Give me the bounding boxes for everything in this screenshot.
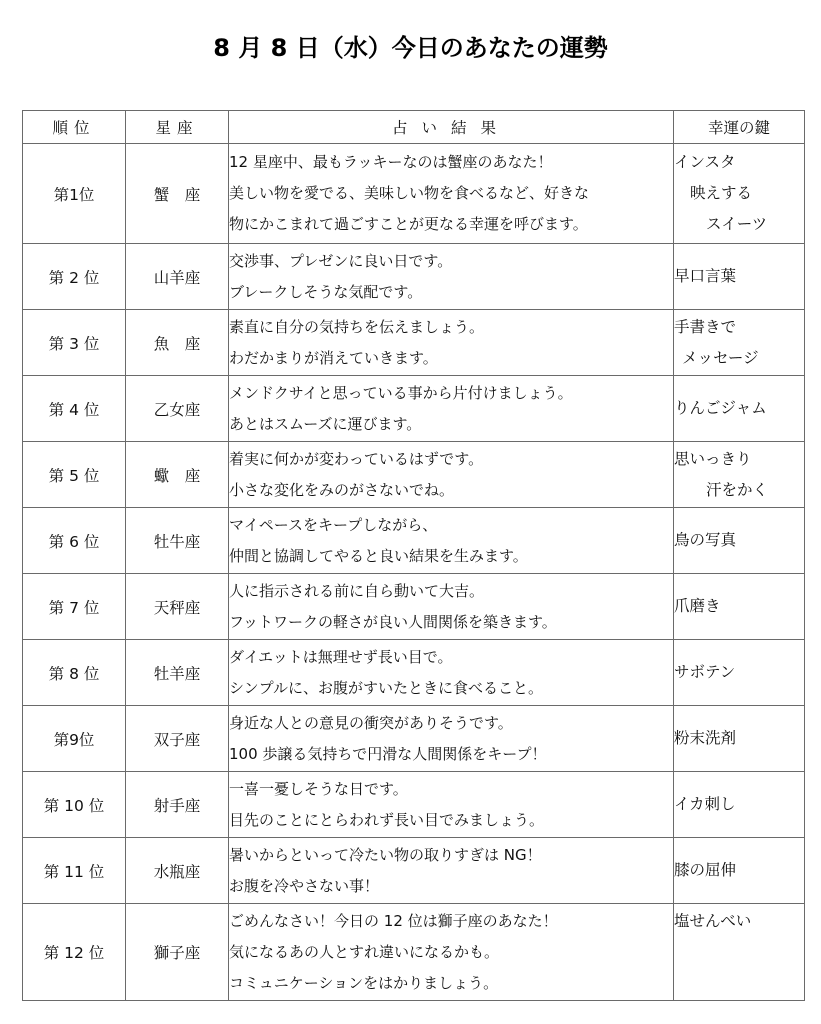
header-lucky-key: 幸運の鍵 xyxy=(674,111,805,144)
table-row: 第 5 位 蠍 座 着実に何かが変わっているはずです。 小さな変化をみのがさない… xyxy=(23,442,805,508)
lucky-key-line: 思いっきり xyxy=(674,444,804,475)
result-line: 人に指示される前に自ら動いて大吉。 xyxy=(229,576,673,607)
result-line: 素直に自分の気持ちを伝えましょう。 xyxy=(229,312,673,343)
result-line: 小さな変化をみのがさないでね。 xyxy=(229,475,673,506)
result-line: マイペースをキープしながら、 xyxy=(229,510,673,541)
result-cell: ごめんなさい！今日の 12 位は獅子座のあなた！ 気になるあの人とすれ違いになる… xyxy=(229,904,674,1001)
lucky-key-cell: 鳥の写真 xyxy=(674,508,805,574)
fortune-table: 順位 星座 占い結果 幸運の鍵 第1位 蟹 座 12 星座中、最もラッキーなのは… xyxy=(22,110,805,1001)
result-line: 目先のことにとらわれず長い目でみましょう。 xyxy=(229,805,673,836)
table-row: 第1位 蟹 座 12 星座中、最もラッキーなのは蟹座のあなた！ 美しい物を愛でる… xyxy=(23,144,805,244)
sign-cell: 蠍 座 xyxy=(126,442,229,508)
lucky-key-line: 手書きで xyxy=(674,312,804,343)
table-row: 第 3 位 魚 座 素直に自分の気持ちを伝えましょう。 わだかまりが消えていきま… xyxy=(23,310,805,376)
result-line: 気になるあの人とすれ違いになるかも。 xyxy=(229,937,673,968)
result-line: 12 星座中、最もラッキーなのは蟹座のあなた！ xyxy=(229,147,673,178)
lucky-key-line: 汗をかく xyxy=(674,475,804,506)
rank-cell: 第 4 位 xyxy=(23,376,126,442)
result-line: ダイエットは無理せず長い目で。 xyxy=(229,642,673,673)
lucky-key-cell: サボテン xyxy=(674,640,805,706)
result-line: 交渉事、プレゼンに良い日です。 xyxy=(229,246,673,277)
sign-cell: 双子座 xyxy=(126,706,229,772)
result-line: 美しい物を愛でる、美味しい物を食べるなど、好きな xyxy=(229,178,673,209)
lucky-key-line: 爪磨き xyxy=(674,591,804,622)
table-row: 第 8 位 牡羊座 ダイエットは無理せず長い目で。 シンプルに、お腹がすいたとき… xyxy=(23,640,805,706)
rank-cell: 第 6 位 xyxy=(23,508,126,574)
lucky-key-cell: 思いっきり 汗をかく xyxy=(674,442,805,508)
lucky-key-line: スイーツ xyxy=(674,209,804,240)
result-line: ごめんなさい！今日の 12 位は獅子座のあなた！ xyxy=(229,906,673,937)
lucky-key-line: りんごジャム xyxy=(674,393,804,424)
result-line: 物にかこまれて過ごすことが更なる幸運を呼びます。 xyxy=(229,209,673,240)
header-rank: 順位 xyxy=(23,111,126,144)
rank-cell: 第 10 位 xyxy=(23,772,126,838)
table-row: 第 7 位 天秤座 人に指示される前に自ら動いて大吉。 フットワークの軽さが良い… xyxy=(23,574,805,640)
result-cell: ダイエットは無理せず長い目で。 シンプルに、お腹がすいたときに食べること。 xyxy=(229,640,674,706)
lucky-key-line: 鳥の写真 xyxy=(674,525,804,556)
result-line: コミュニケーションをはかりましょう。 xyxy=(229,968,673,999)
page-title: 8 月 8 日（水）今日のあなたの運勢 xyxy=(0,28,821,63)
result-line: 仲間と協調してやると良い結果を生みます。 xyxy=(229,541,673,572)
result-line: メンドクサイと思っている事から片付けましょう。 xyxy=(229,378,673,409)
lucky-key-line: インスタ xyxy=(674,147,804,178)
sign-cell: 牡牛座 xyxy=(126,508,229,574)
table-row: 第9位 双子座 身近な人との意見の衝突がありそうです。 100 歩譲る気持ちで円… xyxy=(23,706,805,772)
result-line: 身近な人との意見の衝突がありそうです。 xyxy=(229,708,673,739)
lucky-key-cell: イカ刺し xyxy=(674,772,805,838)
result-cell: 素直に自分の気持ちを伝えましょう。 わだかまりが消えていきます。 xyxy=(229,310,674,376)
lucky-key-line: 早口言葉 xyxy=(674,261,804,292)
rank-cell: 第 8 位 xyxy=(23,640,126,706)
lucky-key-line: 粉末洗剤 xyxy=(674,723,804,754)
sign-cell: 射手座 xyxy=(126,772,229,838)
result-line: フットワークの軽さが良い人間関係を築きます。 xyxy=(229,607,673,638)
table-row: 第 12 位 獅子座 ごめんなさい！今日の 12 位は獅子座のあなた！ 気になる… xyxy=(23,904,805,1001)
lucky-key-line: イカ刺し xyxy=(674,789,804,820)
result-cell: 人に指示される前に自ら動いて大吉。 フットワークの軽さが良い人間関係を築きます。 xyxy=(229,574,674,640)
result-line: ブレークしそうな気配です。 xyxy=(229,277,673,308)
rank-cell: 第 2 位 xyxy=(23,244,126,310)
rank-cell: 第 12 位 xyxy=(23,904,126,1001)
result-cell: 一喜一憂しそうな日です。 目先のことにとらわれず長い目でみましょう。 xyxy=(229,772,674,838)
lucky-key-cell: 塩せんべい xyxy=(674,904,805,1001)
result-line: 着実に何かが変わっているはずです。 xyxy=(229,444,673,475)
result-cell: 身近な人との意見の衝突がありそうです。 100 歩譲る気持ちで円滑な人間関係をキ… xyxy=(229,706,674,772)
lucky-key-cell: 手書きで メッセージ xyxy=(674,310,805,376)
result-line: 100 歩譲る気持ちで円滑な人間関係をキープ！ xyxy=(229,739,673,770)
result-cell: 暑いからといって冷たい物の取りすぎは NG！ お腹を冷やさない事！ xyxy=(229,838,674,904)
sign-cell: 山羊座 xyxy=(126,244,229,310)
rank-cell: 第 3 位 xyxy=(23,310,126,376)
rank-cell: 第 11 位 xyxy=(23,838,126,904)
sign-cell: 天秤座 xyxy=(126,574,229,640)
lucky-key-cell: りんごジャム xyxy=(674,376,805,442)
table-row: 第 6 位 牡牛座 マイペースをキープしながら、 仲間と協調してやると良い結果を… xyxy=(23,508,805,574)
lucky-key-line: 映えする xyxy=(674,178,804,209)
result-line: シンプルに、お腹がすいたときに食べること。 xyxy=(229,673,673,704)
result-line: あとはスムーズに運びます。 xyxy=(229,409,673,440)
sign-cell: 水瓶座 xyxy=(126,838,229,904)
result-cell: 交渉事、プレゼンに良い日です。 ブレークしそうな気配です。 xyxy=(229,244,674,310)
result-cell: 着実に何かが変わっているはずです。 小さな変化をみのがさないでね。 xyxy=(229,442,674,508)
sign-cell: 乙女座 xyxy=(126,376,229,442)
result-line: お腹を冷やさない事！ xyxy=(229,871,673,902)
result-cell: マイペースをキープしながら、 仲間と協調してやると良い結果を生みます。 xyxy=(229,508,674,574)
lucky-key-line: メッセージ xyxy=(674,343,804,374)
header-result: 占い結果 xyxy=(229,111,674,144)
lucky-key-cell: 粉末洗剤 xyxy=(674,706,805,772)
lucky-key-line: 膝の屈伸 xyxy=(674,855,804,886)
lucky-key-cell: 膝の屈伸 xyxy=(674,838,805,904)
rank-cell: 第 7 位 xyxy=(23,574,126,640)
rank-cell: 第 5 位 xyxy=(23,442,126,508)
lucky-key-line: 塩せんべい xyxy=(674,906,804,937)
sign-cell: 蟹 座 xyxy=(126,144,229,244)
table-row: 第 11 位 水瓶座 暑いからといって冷たい物の取りすぎは NG！ お腹を冷やさ… xyxy=(23,838,805,904)
table-header-row: 順位 星座 占い結果 幸運の鍵 xyxy=(23,111,805,144)
table-row: 第 2 位 山羊座 交渉事、プレゼンに良い日です。 ブレークしそうな気配です。 … xyxy=(23,244,805,310)
result-cell: メンドクサイと思っている事から片付けましょう。 あとはスムーズに運びます。 xyxy=(229,376,674,442)
table-row: 第 10 位 射手座 一喜一憂しそうな日です。 目先のことにとらわれず長い目でみ… xyxy=(23,772,805,838)
lucky-key-line: サボテン xyxy=(674,657,804,688)
result-line: 一喜一憂しそうな日です。 xyxy=(229,774,673,805)
result-cell: 12 星座中、最もラッキーなのは蟹座のあなた！ 美しい物を愛でる、美味しい物を食… xyxy=(229,144,674,244)
header-sign: 星座 xyxy=(126,111,229,144)
sign-cell: 牡羊座 xyxy=(126,640,229,706)
sign-cell: 魚 座 xyxy=(126,310,229,376)
result-line: 暑いからといって冷たい物の取りすぎは NG！ xyxy=(229,840,673,871)
rank-cell: 第1位 xyxy=(23,144,126,244)
result-line: わだかまりが消えていきます。 xyxy=(229,343,673,374)
rank-cell: 第9位 xyxy=(23,706,126,772)
lucky-key-cell: インスタ 映えする スイーツ xyxy=(674,144,805,244)
sign-cell: 獅子座 xyxy=(126,904,229,1001)
lucky-key-cell: 早口言葉 xyxy=(674,244,805,310)
lucky-key-cell: 爪磨き xyxy=(674,574,805,640)
table-row: 第 4 位 乙女座 メンドクサイと思っている事から片付けましょう。 あとはスムー… xyxy=(23,376,805,442)
